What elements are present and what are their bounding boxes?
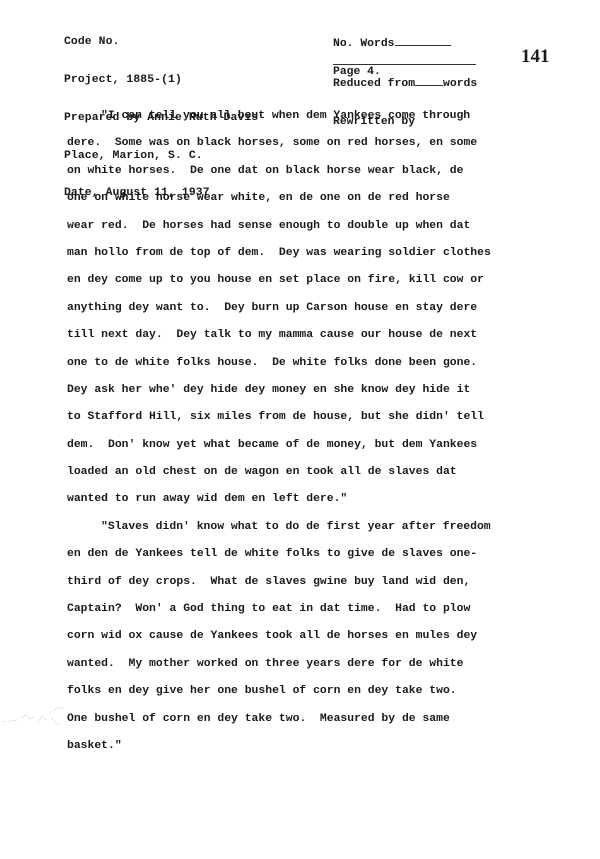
text-line: one on white horse wear white, en de one… <box>67 185 567 212</box>
text-line: en dey come up to you house en set place… <box>67 267 567 294</box>
text-line: basket." <box>67 733 567 760</box>
code-no: Code No. <box>64 36 258 49</box>
text-line: dere. Some was on black horses, some on … <box>67 130 567 157</box>
folio-number: 141 <box>521 46 550 68</box>
document-page: Code No. Project, 1885-(1) Prepared by A… <box>0 0 600 859</box>
reduced-from-label: Reduced from <box>333 78 415 90</box>
text-line: man hollo from de top of dem. Dey was we… <box>67 240 567 267</box>
text-line: en den de Yankees tell de white folks to… <box>67 541 567 568</box>
text-line: dem. Don' know yet what became of de mon… <box>67 432 567 459</box>
text-line: wear red. De horses had sense enough to … <box>67 213 567 240</box>
text-line: corn wid ox cause de Yankees took all de… <box>67 623 567 650</box>
rewritten-by-blank <box>333 64 476 65</box>
text-line: anything dey want to. Dey burn up Carson… <box>67 295 567 322</box>
reduced-from-row: Reduced fromwords <box>333 76 477 91</box>
text-line: wanted. My mother worked on three years … <box>67 651 567 678</box>
text-line: folks en dey give her one bushel of corn… <box>67 678 567 705</box>
text-line: Dey ask her whe' dey hide dey money en s… <box>67 377 567 404</box>
text-line: to Stafford Hill, six miles from de hous… <box>67 404 567 431</box>
text-line: third of dey crops. What de slaves gwine… <box>67 569 567 596</box>
project: Project, 1885-(1) <box>64 74 258 87</box>
narrative-body: "I can tell you all bout when dem Yankee… <box>67 103 567 760</box>
pencil-mark <box>0 700 65 730</box>
text-line: loaded an old chest on de wagon en took … <box>67 459 567 486</box>
no-words-row: No. Words <box>333 36 477 51</box>
reduced-from-blank <box>415 76 443 86</box>
text-line: One bushel of corn en dey take two. Meas… <box>67 706 567 733</box>
no-words-label: No. Words <box>333 38 395 50</box>
no-words-blank <box>395 36 451 46</box>
text-line: "Slaves didn' know what to do de first y… <box>67 514 567 541</box>
text-line: wanted to run away wid dem en left dere.… <box>67 486 567 513</box>
text-line: on white horses. De one dat on black hor… <box>67 158 567 185</box>
text-line: till next day. Dey talk to my mamma caus… <box>67 322 567 349</box>
text-line: Captain? Won' a God thing to eat in dat … <box>67 596 567 623</box>
text-line: one to de white folks house. De white fo… <box>67 350 567 377</box>
text-line: "I can tell you all bout when dem Yankee… <box>67 103 567 130</box>
words-label: words <box>443 78 477 90</box>
page-number: Page 4. <box>333 66 381 78</box>
